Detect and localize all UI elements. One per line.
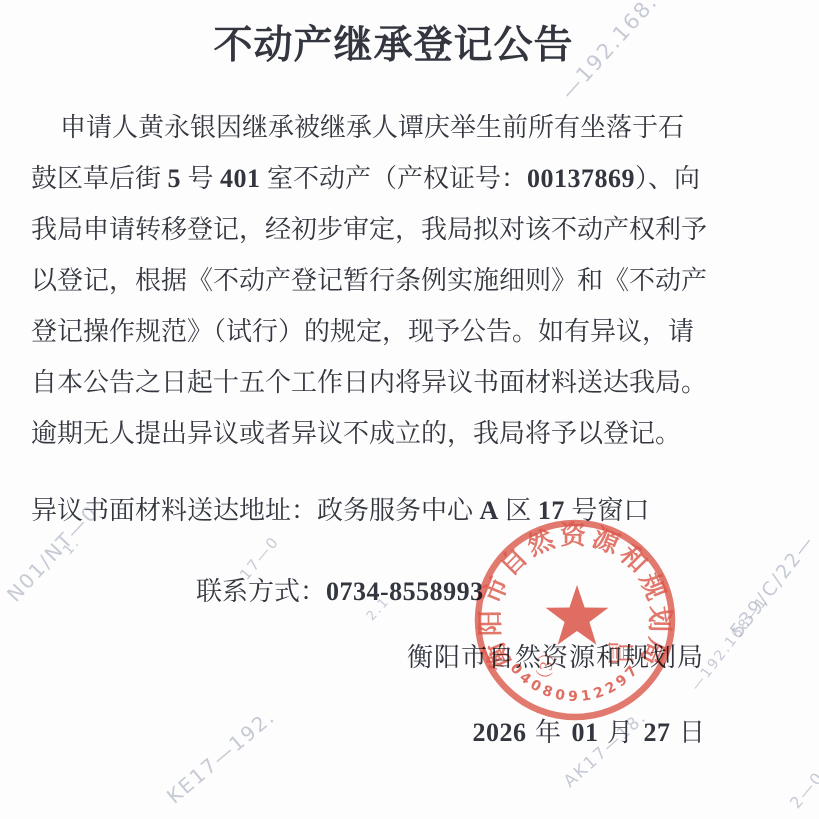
- text-segment: 我局申请转移登记，经初步审定，我局拟对该不动产权利予: [31, 215, 707, 244]
- watermark-text: 1.: [60, 535, 83, 559]
- text-segment: 401: [220, 164, 261, 193]
- body-line-3: 我局申请转移登记，经初步审定，我局拟对该不动产权利予: [31, 204, 801, 255]
- text-segment: 以登记，根据《不动产登记暂行条例实施细则》和《不动产: [31, 266, 707, 295]
- text-segment: 区: [499, 496, 538, 525]
- announcement-document: —192.168.N01/NT—017—01.2.1KE17—192.539/C…: [0, 0, 819, 819]
- body-line-5: 登记操作规范》（试行）的规定，现予公告。如有异议，请: [31, 306, 801, 357]
- text-segment: 17: [538, 496, 565, 525]
- text-segment: 年: [526, 718, 571, 747]
- text-segment: A: [480, 496, 499, 525]
- text-segment: ）、向: [635, 164, 700, 193]
- body-line-6: 自本公告之日起十五个工作日内将异议书面材料送达我局。: [31, 357, 801, 408]
- body-line-2: 鼓区草后街 5 号 401 室不动产（产权证号：00137869）、向: [31, 153, 801, 204]
- text-segment: 日: [670, 718, 707, 747]
- text-segment: 5: [168, 164, 182, 193]
- text-segment: 自本公告之日起十五个工作日内将异议书面材料送达我局。: [31, 368, 707, 397]
- body-line-1: 申请人黄永银因继承被继承人谭庆举生前所有坐落于石: [31, 102, 801, 153]
- issue-date: 2026 年 01 月 27 日: [472, 707, 707, 758]
- announcement-body: 申请人黄永银因继承被继承人谭庆举生前所有坐落于石 鼓区草后街 5 号 401 室…: [31, 102, 801, 459]
- text-segment: 逾期无人提出异议或者异议不成立的，我局将予以登记。: [31, 419, 681, 448]
- text-segment: 联系方式：: [196, 577, 326, 606]
- issuing-bureau: 衡阳市自然资源和规划局: [407, 632, 704, 683]
- text-segment: 鼓区草后街: [31, 164, 168, 193]
- text-segment: 登记操作规范》（试行）的规定，现予公告。如有异议，请: [31, 317, 694, 346]
- page-title: 不动产继承登记公告: [0, 14, 803, 70]
- text-segment: 号窗口: [565, 496, 650, 525]
- objection-address-line: 异议书面材料送达地址：政务服务中心 A 区 17 号窗口: [31, 485, 649, 536]
- body-line-4: 以登记，根据《不动产登记暂行条例实施细则》和《不动产: [31, 255, 801, 306]
- body-line-7: 逾期无人提出异议或者异议不成立的，我局将予以登记。: [31, 408, 801, 459]
- text-segment: 00137869: [527, 164, 635, 193]
- text-segment: 0734-8558993: [326, 577, 484, 606]
- text-segment: 2026: [472, 718, 526, 747]
- watermark-text: KE17—192.: [162, 704, 280, 808]
- contact-phone-line: 联系方式：0734-8558993: [196, 566, 484, 617]
- text-segment: 室不动产（产权证号：: [261, 164, 528, 193]
- text-segment: 01: [571, 718, 598, 747]
- watermark-text: 2—0: [786, 768, 819, 813]
- text-segment: 号: [181, 164, 220, 193]
- watermark-text: 539/C/22—: [726, 531, 819, 642]
- text-segment: 27: [643, 718, 670, 747]
- text-segment: 异议书面材料送达地址：政务服务中心: [31, 496, 480, 525]
- text-segment: 月: [598, 718, 643, 747]
- text-segment: 申请人黄永银因继承被继承人谭庆举生前所有坐落于石: [60, 113, 684, 142]
- seal-ring: [478, 523, 672, 717]
